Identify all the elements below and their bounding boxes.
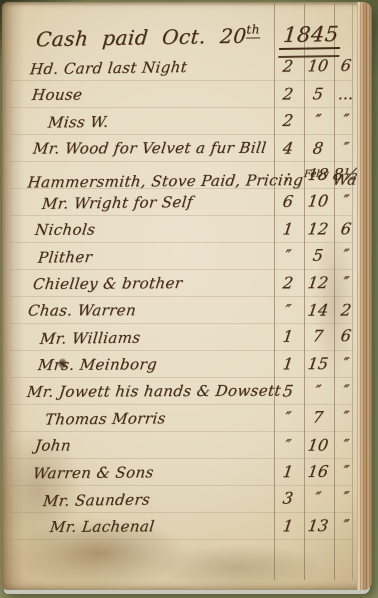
ledger-row: Mr. Wood for Velvet a fur Bill 4 8 ″	[2, 135, 372, 163]
ledger-page: Cash paid Oct. 20th 1845 Hd. Card last N…	[2, 2, 372, 590]
title-year-underline: 1845	[278, 15, 343, 58]
entry-description: Chielley & brother	[32, 271, 184, 297]
entry-description: Mr. Jowett his hands & Dowsett	[26, 379, 269, 405]
ledger-row: Chielley & brother 2 12 ″	[2, 270, 372, 300]
ledger-row: Nichols 1 12 6	[2, 216, 372, 245]
ledger-row: Hd. Card last Night 2 10 6	[2, 52, 372, 84]
title-year: 1845	[279, 22, 343, 50]
title-text: Cash paid Oct.	[34, 17, 207, 58]
ledger-row: Plither ″ 5 ″	[2, 242, 372, 273]
entry-description: Nichols	[34, 217, 97, 242]
ledger-row: Thomas Morris ″ 7 ″	[2, 404, 372, 435]
entry-description: Mr. Wright for Self	[41, 190, 195, 217]
entry-description: Mr. Williams	[39, 326, 142, 352]
entry-description: Mrs. Meinborg	[37, 352, 159, 378]
book-fore-edge	[357, 2, 372, 590]
paper-stain	[152, 544, 322, 590]
ledger-row: John ″ 10 ″	[2, 432, 372, 460]
ledger-row: House 2 5 ...	[2, 81, 372, 110]
entry-description: John	[34, 433, 73, 458]
title-day-suffix: th	[246, 22, 260, 38]
entry-description: Miss W.	[47, 110, 110, 136]
ledger-row: Chas. Warren ″ 14 2	[2, 297, 372, 325]
entry-description: Hd. Card last Night	[29, 55, 189, 82]
ledger-row: Mr. Jowett his hands & Dowsett 5 ″ ″	[2, 378, 372, 407]
ledger-row: Mr. Saunders 3 ″ ″	[2, 484, 372, 516]
ledger-row: Mr. Wright for Self 6 10 ″	[2, 188, 372, 220]
entry-description: Mr. Saunders	[42, 487, 152, 514]
ledger-row: Mr. Lachenal 1 13 ″	[2, 513, 372, 543]
ledger-title: Cash paid Oct. 20th 1845	[36, 10, 297, 55]
ledger-row: Mr. Williams 1 7 6	[2, 323, 372, 355]
entry-description: Mr. Wood for Velvet a fur Bill	[32, 136, 268, 162]
ledger-photo: Cash paid Oct. 20th 1845 Hd. Card last N…	[0, 0, 378, 598]
entry-description: House	[31, 83, 84, 108]
entry-description: Mr. Lachenal	[49, 514, 156, 540]
entry-description: Warren & Sons	[32, 460, 156, 486]
entry-description: Chas. Warren	[27, 298, 138, 323]
entry-description: Plither	[37, 245, 94, 271]
ledger-row: Mrs. Meinborg 1 15 ″	[2, 351, 372, 381]
ledger-rows: Hd. Card last Night 2 10 6 House 2 5 ...…	[2, 55, 372, 547]
ledger-row: Hammersmith, Stove Paid, PricingFeby Wai…	[2, 161, 372, 191]
entry-description: Thomas Morris	[44, 406, 168, 432]
title-day: 20	[218, 17, 248, 56]
ledger-row: Warren & Sons 1 16 ″	[2, 458, 372, 488]
ledger-row: Miss W. 2 ″ ″	[2, 107, 372, 138]
